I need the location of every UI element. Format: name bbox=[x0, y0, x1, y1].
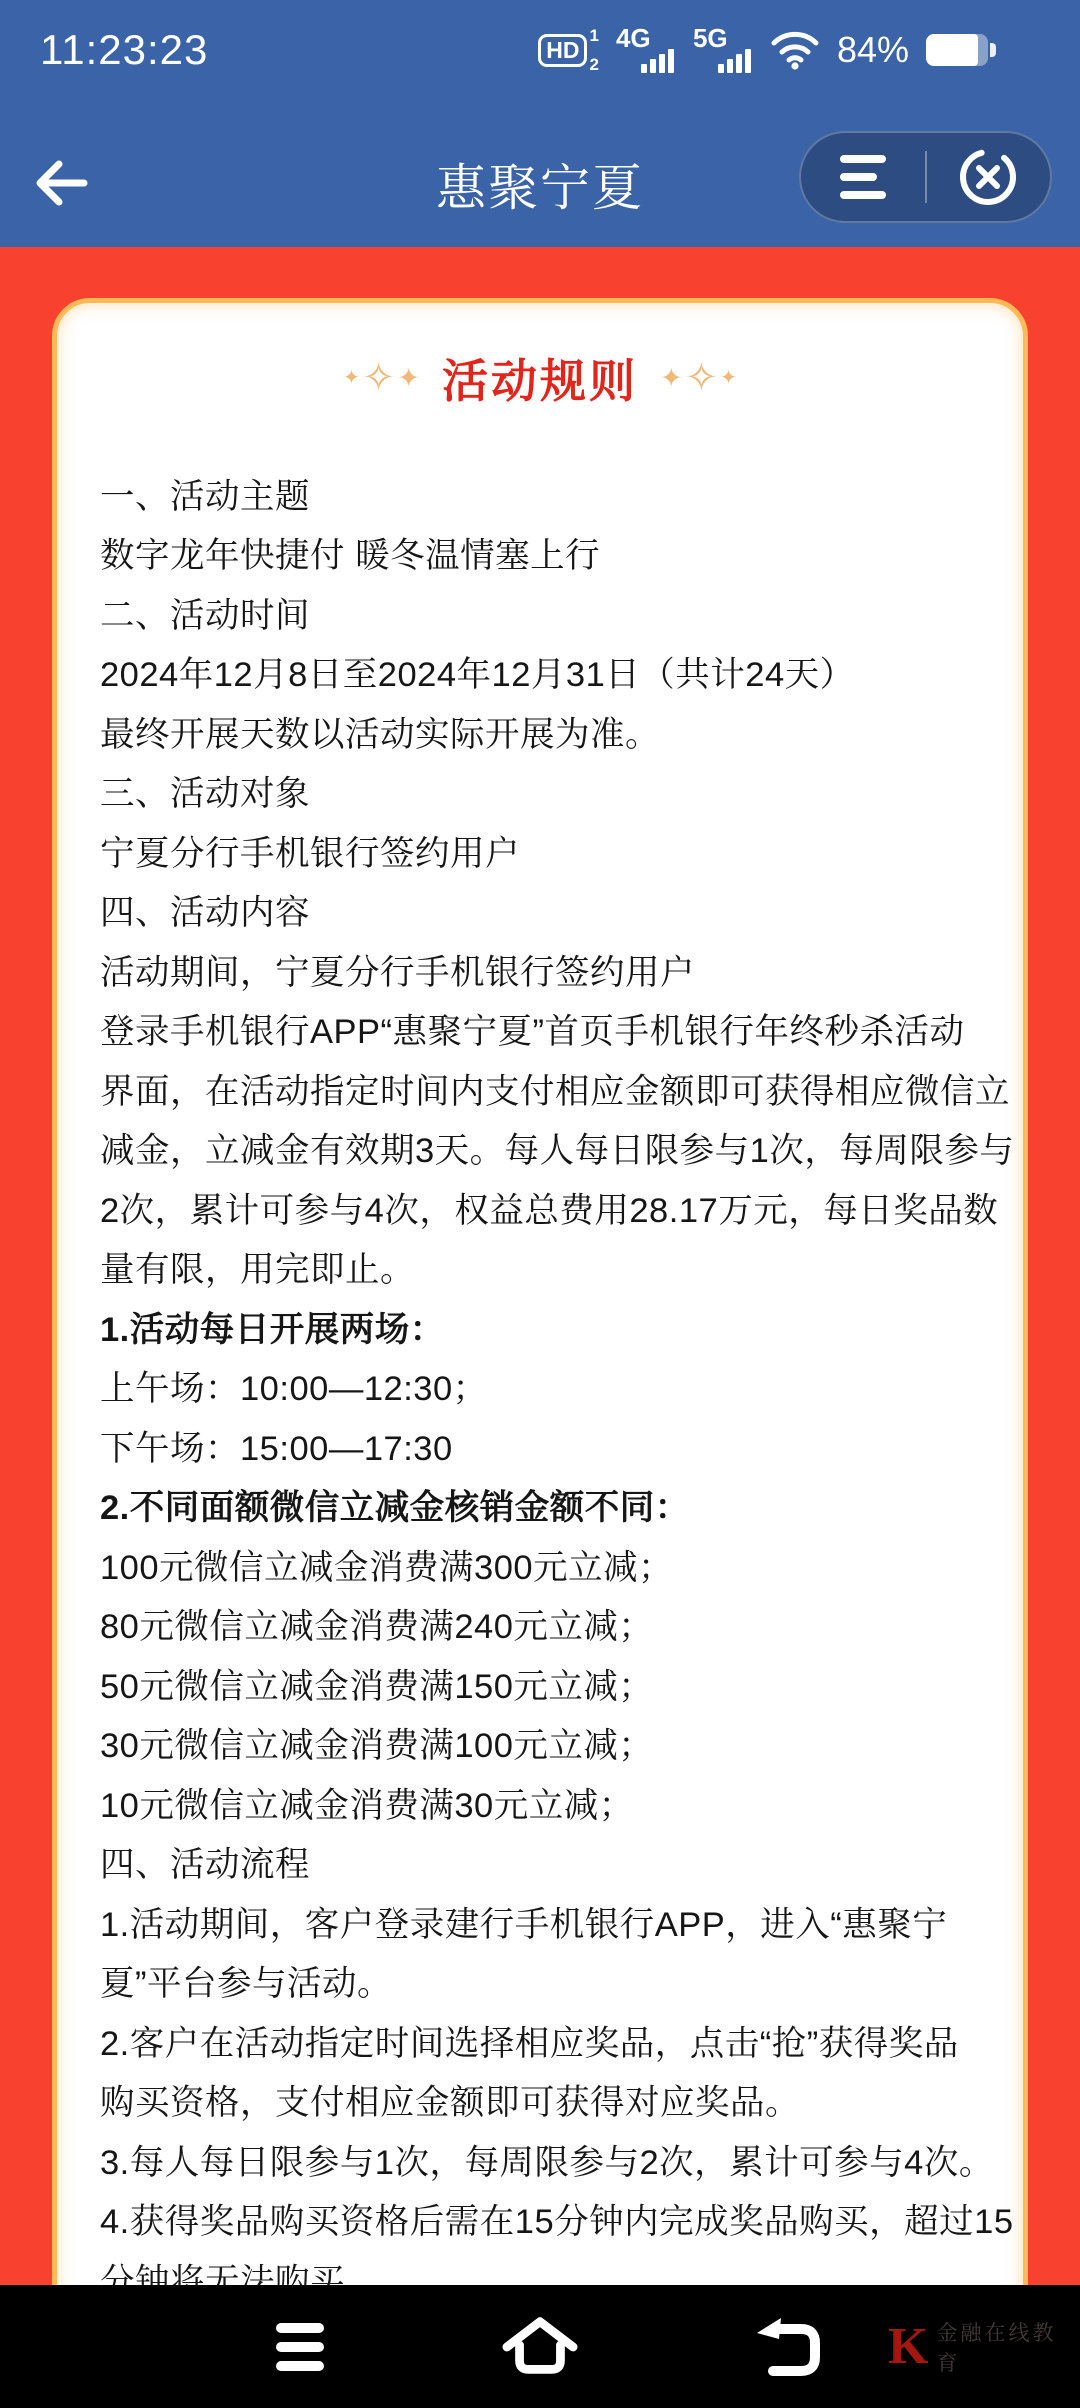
miniprogram-capsule bbox=[799, 131, 1052, 223]
rule-line: 四、活动流程 bbox=[100, 1832, 985, 1892]
battery-percent: 84% bbox=[837, 29, 909, 71]
hamburger-icon bbox=[840, 155, 886, 199]
battery-icon bbox=[926, 34, 988, 66]
rule-line: 10元微信立减金消费满30元立减； bbox=[100, 1772, 985, 1832]
signal-4g-icon: 4G bbox=[616, 25, 676, 75]
rule-line: 80元微信立减金消费满240元立减； bbox=[100, 1594, 985, 1654]
rule-line: 活动期间，宁夏分行手机银行签约用户 bbox=[100, 939, 985, 999]
rules-title-row: ✦✧✦ 活动规则 ✦✧✦ bbox=[57, 345, 1023, 411]
clock: 11:23:23 bbox=[40, 26, 208, 74]
hd-volte-icon: HD 1 2 bbox=[538, 27, 599, 73]
rule-line: 一、活动主题 bbox=[100, 463, 985, 523]
system-back-button[interactable] bbox=[718, 2285, 858, 2408]
back-arrow-icon bbox=[28, 150, 94, 216]
rule-line: 50元微信立减金消费满150元立减； bbox=[100, 1653, 985, 1713]
home-icon bbox=[497, 2310, 583, 2384]
signal-5g-icon: 5G bbox=[693, 25, 753, 75]
wifi-icon bbox=[770, 30, 820, 70]
rule-line: 2次，累计可参与4次，权益总费用28.17万元，每日奖品数 bbox=[100, 1177, 985, 1237]
rule-line: 减金，立减金有效期3天。每人每日限参与1次，每周限参与 bbox=[100, 1118, 985, 1178]
rule-line: 最终开展天数以活动实际开展为准。 bbox=[100, 701, 985, 761]
rule-line: 三、活动对象 bbox=[100, 761, 985, 821]
rules-title: 活动规则 bbox=[442, 345, 638, 411]
rule-line: 购买资格，支付相应金额即可获得对应奖品。 bbox=[100, 2070, 985, 2130]
back-button[interactable] bbox=[26, 148, 96, 218]
rules-card: ✦✧✦ 活动规则 ✦✧✦ 一、活动主题数字龙年快捷付 暖冬温情塞上行二、活动时间… bbox=[52, 298, 1028, 2408]
rule-line: 100元微信立减金消费满300元立减； bbox=[100, 1534, 985, 1594]
menu-icon bbox=[276, 2323, 324, 2371]
capsule-menu-button[interactable] bbox=[801, 133, 925, 221]
sparkle-right-icon: ✦✧✦ bbox=[660, 358, 737, 398]
rule-line: 四、活动内容 bbox=[100, 880, 985, 940]
header: 11:23:23 HD 1 2 4G 5G bbox=[0, 0, 1080, 247]
system-home-button[interactable] bbox=[470, 2285, 610, 2408]
rule-line: 登录手机银行APP“惠聚宁夏”首页手机银行年终秒杀活动 bbox=[100, 999, 985, 1059]
rule-line: 二、活动时间 bbox=[100, 582, 985, 642]
watermark-label: 金融在线教育 bbox=[936, 2317, 1080, 2377]
rule-line: 3.每人每日限参与1次，每周限参与2次，累计可参与4次。 bbox=[100, 2129, 985, 2189]
rule-line: 2.客户在活动指定时间选择相应奖品，点击“抢”获得奖品 bbox=[100, 2010, 985, 2070]
rules-text: 一、活动主题数字龙年快捷付 暖冬温情塞上行二、活动时间2024年12月8日至20… bbox=[100, 463, 985, 2308]
watermark: K 金融在线教育 bbox=[888, 2285, 1080, 2408]
rule-line: 量有限，用完即止。 bbox=[100, 1237, 985, 1297]
rule-line: 4.获得奖品购买资格后需在15分钟内完成奖品购买，超过15 bbox=[100, 2189, 985, 2249]
rule-line: 1.活动期间，客户登录建行手机银行APP，进入“惠聚宁 bbox=[100, 1891, 985, 1951]
system-nav-bar: K 金融在线教育 bbox=[0, 2285, 1080, 2408]
close-circle-icon bbox=[955, 144, 1021, 210]
screen: 11:23:23 HD 1 2 4G 5G bbox=[0, 0, 1080, 2408]
rule-line: 1.活动每日开展两场： bbox=[100, 1296, 985, 1356]
rule-line: 2024年12月8日至2024年12月31日（共计24天） bbox=[100, 642, 985, 702]
rule-line: 上午场：10:00—12:30； bbox=[100, 1356, 985, 1416]
rule-line: 宁夏分行手机银行签约用户 bbox=[100, 820, 985, 880]
rule-line: 数字龙年快捷付 暖冬温情塞上行 bbox=[100, 523, 985, 583]
rule-line: 30元微信立减金消费满100元立减； bbox=[100, 1713, 985, 1773]
return-arrow-icon bbox=[749, 2313, 827, 2381]
rule-line: 下午场：15:00—17:30 bbox=[100, 1415, 985, 1475]
rule-line: 界面，在活动指定时间内支付相应金额即可获得相应微信立 bbox=[100, 1058, 985, 1118]
system-menu-button[interactable] bbox=[230, 2285, 370, 2408]
rule-line: 2.不同面额微信立减金核销金额不同： bbox=[100, 1475, 985, 1535]
watermark-logo: K bbox=[888, 2321, 928, 2373]
sparkle-left-icon: ✦✧✦ bbox=[343, 358, 420, 398]
status-icons: HD 1 2 4G 5G bbox=[538, 24, 988, 76]
capsule-close-button[interactable] bbox=[927, 133, 1051, 221]
rule-line: 夏”平台参与活动。 bbox=[100, 1951, 985, 2011]
